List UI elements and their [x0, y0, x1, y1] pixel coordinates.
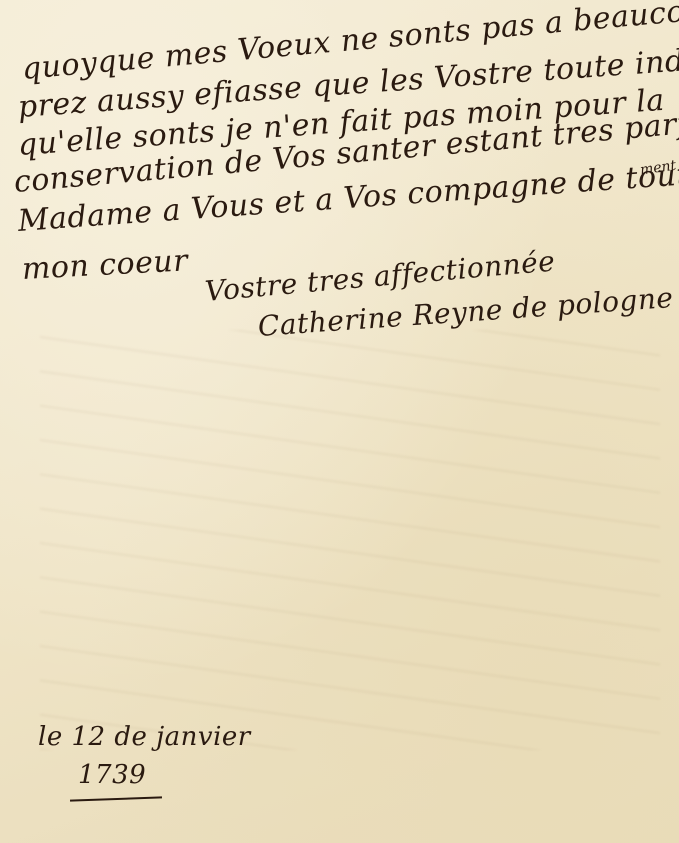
year-underline: [70, 796, 162, 801]
body-line: mon coeur: [21, 243, 189, 287]
letter-page: quoyque mes Voeux ne sonts pas a beaucou…: [0, 0, 679, 843]
date-line: le 12 de janvier: [38, 722, 251, 752]
bleed-through-text: [40, 330, 660, 750]
year: 1739: [78, 760, 146, 790]
